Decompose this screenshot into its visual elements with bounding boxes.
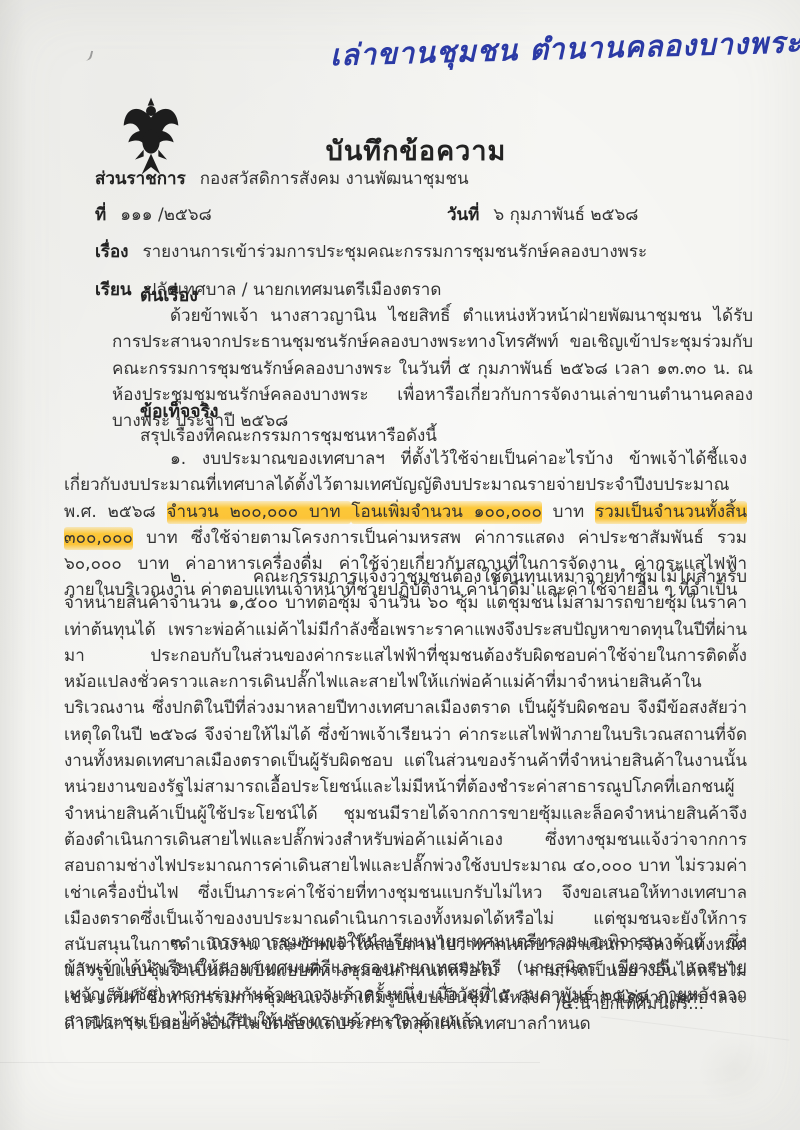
date-group: วันที่ ๖ กุมภาพันธ์ ๒๕๖๘ <box>447 201 638 228</box>
scan-artifact-smudge <box>700 1030 770 1110</box>
facts-item-3: ๓. กรรมการชุมชนขอให้นำเรียนนายกเทศมนตรีท… <box>64 929 747 1034</box>
number-label: ที่ <box>95 201 106 228</box>
scan-artifact-line <box>0 1062 540 1063</box>
budget-highlight-transfer-100000: โอนเพิ่มจำนวน ๑๐๐,๐๐๐ <box>351 501 541 524</box>
date-label: วันที่ <box>447 201 479 228</box>
subject-value: รายงานการเข้าร่วมการประชุมคณะกรรมการชุมช… <box>142 238 647 265</box>
number-date-row: ที่ ๑๑๑ /๒๕๖๘ วันที่ ๖ กุมภาพันธ์ ๒๕๖๘ <box>95 201 765 228</box>
facts-intro-line: สรุปเรื่องที่คณะกรรมการชุมชนหารือดังนี้ <box>140 422 437 449</box>
page-continuation-note: /๔.นายกเทศมนตรี... <box>556 991 704 1017</box>
item1-text: บาท <box>542 502 595 522</box>
agency-row: ส่วนราชการ กองสวัสดิการสังคม งานพัฒนาชุม… <box>95 165 765 192</box>
subject-label: เรื่อง <box>95 238 128 265</box>
to-label: เรียน <box>95 276 132 303</box>
date-value: ๖ กุมภาพันธ์ ๒๕๖๘ <box>493 201 638 228</box>
budget-highlight-200000: จำนวน ๒๐๐,๐๐๐ บาท <box>167 501 352 524</box>
subject-row: เรื่อง รายงานการเข้าร่วมการประชุมคณะกรรม… <box>95 238 765 265</box>
facts-section-heading: ข้อเท็จจริง <box>140 397 218 425</box>
agency-value: กองสวัสดิการสังคม งานพัฒนาชุมชน <box>200 165 469 192</box>
number-value: ๑๑๑ /๒๕๖๘ <box>120 201 211 228</box>
agency-label: ส่วนราชการ <box>95 165 186 192</box>
